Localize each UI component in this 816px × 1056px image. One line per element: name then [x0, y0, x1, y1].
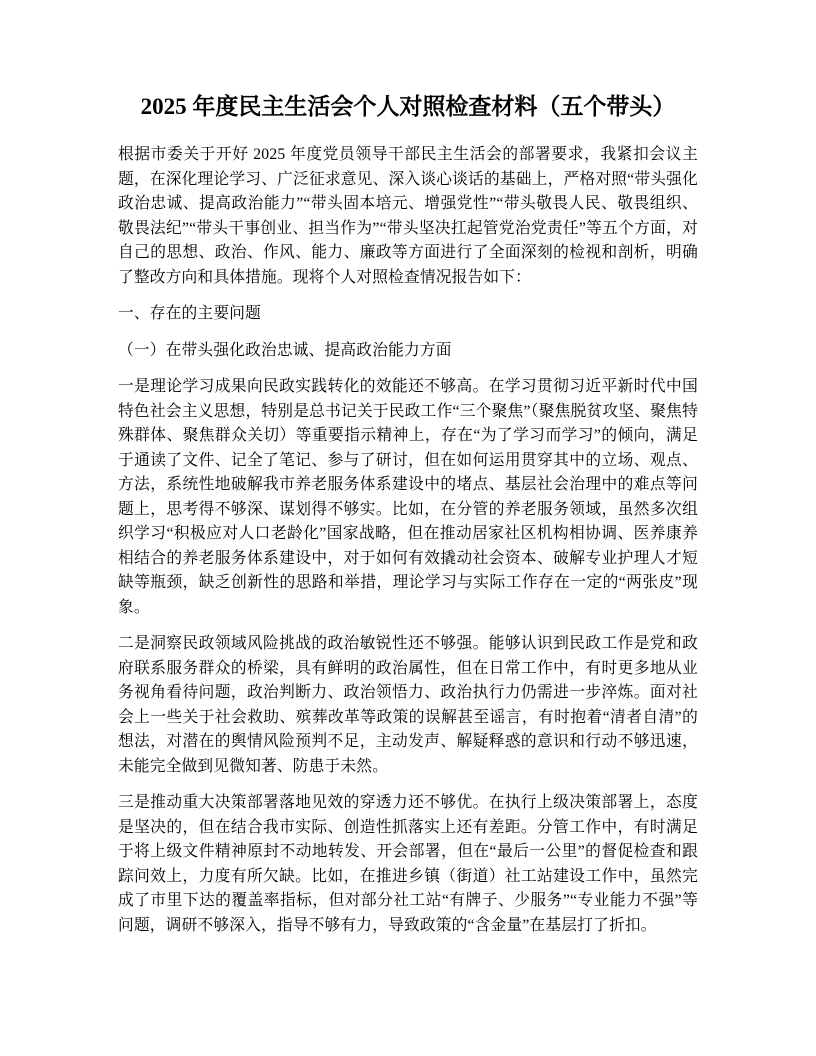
subsection-heading: （一）在带头强化政治忠诚、提高政治能力方面 — [118, 339, 698, 364]
paragraph: 二是洞察民政领域风险挑战的政治敏锐性还不够强。能够认识到民政工作是党和政府联系服… — [118, 632, 698, 779]
paragraph: 一是理论学习成果向民政实践转化的效能还不够高。在学习贯彻习近平新时代中国特色社会… — [118, 375, 698, 620]
document-title: 2025 年度民主生活会个人对照检查材料（五个带头） — [118, 88, 698, 126]
paragraph: 三是推动重大决策部署落地见效的穿透力还不够优。在执行上级决策部署上，态度是坚决的… — [118, 791, 698, 938]
paragraph: 根据市委关于开好 2025 年度党员领导干部民主生活会的部署要求，我紧扣会议主题… — [118, 143, 698, 290]
document-body: 根据市委关于开好 2025 年度党员领导干部民主生活会的部署要求，我紧扣会议主题… — [118, 143, 698, 938]
section-heading: 一、存在的主要问题 — [118, 302, 698, 327]
document-page: 2025 年度民主生活会个人对照检查材料（五个带头） 根据市委关于开好 2025… — [0, 0, 816, 1056]
